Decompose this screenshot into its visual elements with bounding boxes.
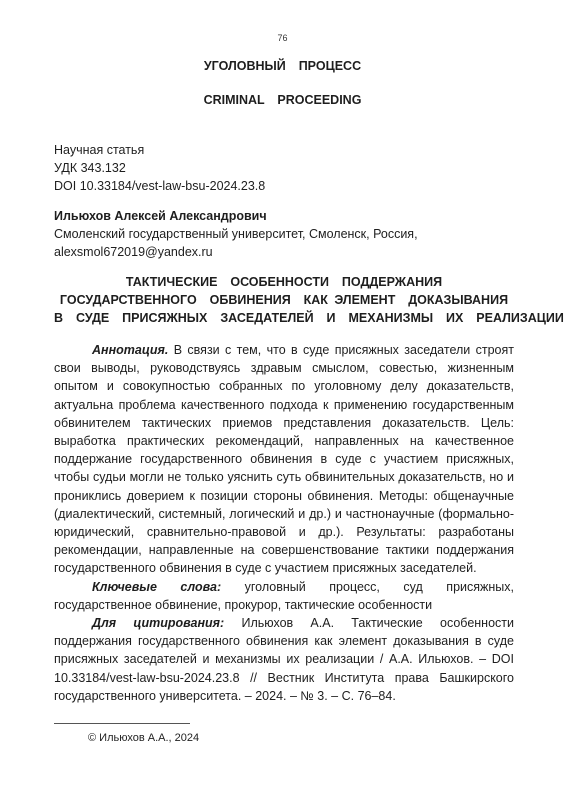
keywords-label: Ключевые слова:	[92, 580, 221, 594]
abstract-text: В связи с тем, что в суде присяжных засе…	[54, 343, 514, 575]
author-name: Ильюхов Алексей Александрович	[54, 207, 418, 225]
citation-label: Для цитирования:	[92, 616, 224, 630]
article-title-line: В СУДЕ ПРИСЯЖНЫХ ЗАСЕДАТЕЛЕЙ И МЕХАНИЗМЫ…	[54, 309, 514, 327]
keywords-paragraph: Ключевые слова: уголовный процесс, суд п…	[54, 578, 514, 614]
author-info: Ильюхов Алексей Александрович Смоленский…	[54, 207, 418, 261]
author-affiliation: Смоленский государственный университет, …	[54, 225, 418, 243]
abstract-paragraph: Аннотация. В связи с тем, что в суде при…	[54, 341, 514, 578]
section-title-ru: УГОЛОВНЫЙ ПРОЦЕСС	[0, 59, 565, 73]
author-email[interactable]: alexsmol672019@yandex.ru	[54, 243, 418, 261]
abstract-label: Аннотация.	[92, 343, 168, 357]
article-title-line: ГОСУДАРСТВЕННОГО ОБВИНЕНИЯ КАК ЭЛЕМЕНТ Д…	[54, 291, 514, 309]
article-title: ТАКТИЧЕСКИЕ ОСОБЕННОСТИ ПОДДЕРЖАНИЯ ГОСУ…	[54, 273, 514, 327]
citation-paragraph: Для цитирования: Ильюхов А.А. Тактически…	[54, 614, 514, 705]
article-meta: Научная статья УДК 343.132 DOI 10.33184/…	[54, 141, 265, 195]
footnote-divider	[54, 723, 190, 724]
copyright-notice: © Ильюхов А.А., 2024	[88, 732, 199, 744]
article-body: Аннотация. В связи с тем, что в суде при…	[54, 341, 514, 705]
udc-code: УДК 343.132	[54, 159, 265, 177]
article-title-line: ТАКТИЧЕСКИЕ ОСОБЕННОСТИ ПОДДЕРЖАНИЯ	[54, 273, 514, 291]
section-title-en: CRIMINAL PROCEEDING	[0, 93, 565, 107]
article-type: Научная статья	[54, 141, 265, 159]
doi: DOI 10.33184/vest-law-bsu-2024.23.8	[54, 177, 265, 195]
page-number: 76	[0, 33, 565, 43]
